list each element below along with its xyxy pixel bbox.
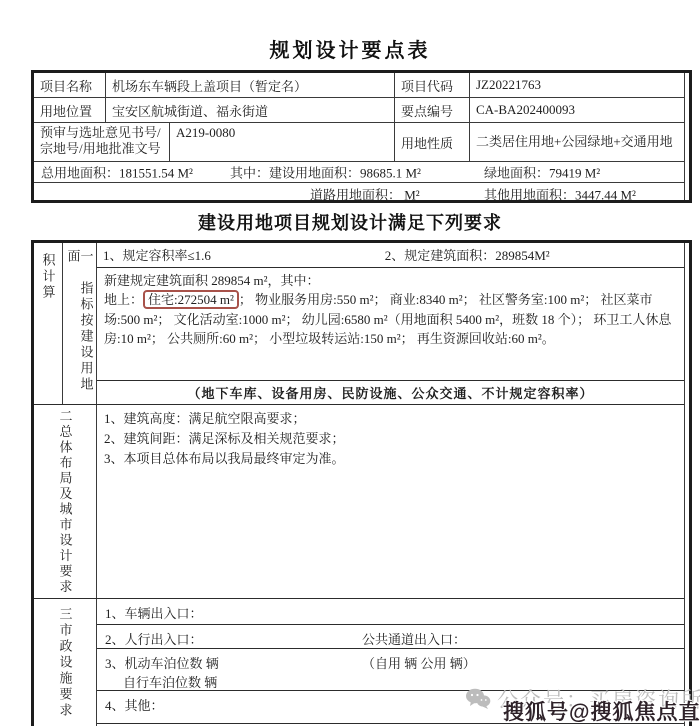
requirements-title: 建设用地项目规划设计满足下列要求 bbox=[0, 209, 700, 235]
total-area: 总用地面积：181551.54 M² bbox=[41, 163, 193, 182]
vehicle-entrance-row: 1、车辆出入口： bbox=[97, 599, 684, 625]
page-title: 规划设计要点表 bbox=[0, 34, 700, 63]
plot-ratio-row: 1、规定容积率≤1.6 2、规定建筑面积：289854M² bbox=[97, 243, 684, 268]
green-area: 绿地面积：79419 M² bbox=[484, 163, 600, 182]
section-layout-label: 二总体布局及城市设计要求 bbox=[34, 405, 97, 598]
project-code-label: 项目代码 bbox=[395, 73, 470, 97]
area-row: 总用地面积：181551.54 M² 其中：建设用地面积：98685.1 M² … bbox=[34, 162, 684, 183]
approval-doc-label: 预审与选址意见书号/宗地号/用地批准文号 bbox=[34, 123, 170, 161]
plot-ratio: 1、规定容积率≤1.6 bbox=[103, 245, 385, 264]
construction-area: 其中：建设用地面积：98685.1 M² bbox=[230, 163, 421, 182]
road-area-row: 道路用地面积： M² 其他用地面积：3447.44 M² bbox=[34, 183, 684, 204]
approval-doc-value: A219-0080 bbox=[170, 123, 395, 161]
land-use-value: 二类居住用地+公园绿地+交通用地 bbox=[470, 123, 684, 161]
project-name-label: 项目名称 bbox=[34, 73, 106, 97]
layout-req-height: 1、建筑高度：满足航空限高要求； bbox=[104, 409, 677, 429]
gross-floor-area: 2、规定建筑面积：289854M² bbox=[385, 245, 678, 264]
wechat-icon bbox=[465, 688, 491, 710]
above-ground-prefix: 地上： bbox=[104, 292, 143, 307]
section-indicators-label: 积计算 一 指标按建设用地面 bbox=[34, 243, 97, 404]
project-code-value: JZ20221763 bbox=[470, 73, 684, 97]
breakdown-intro: 新建规定建筑面积 289854 m²，其中： bbox=[104, 273, 320, 288]
label-main-text: 一 指标按建设用地面 bbox=[67, 249, 93, 404]
keypoint-number-label: 要点编号 bbox=[395, 98, 470, 122]
section-layout: 二总体布局及城市设计要求 1、建筑高度：满足航空限高要求； 2、建筑间距：满足深… bbox=[34, 405, 684, 599]
table-row: 用地位置 宝安区航城街道、福永街道 要点编号 CA-BA202400093 bbox=[34, 98, 684, 123]
section-municipal-label: 三市政设施要求 bbox=[34, 599, 97, 726]
layout-req-final: 3、本项目总体布局以我局最终审定为准。 bbox=[104, 449, 677, 469]
table-row: 预审与选址意见书号/宗地号/用地批准文号 A219-0080 用地性质 二类居住… bbox=[34, 123, 684, 162]
project-name-value: 机场东车辆段上盖项目（暂定名） bbox=[106, 73, 395, 97]
section-indicators: 积计算 一 指标按建设用地面 1、规定容积率≤1.6 2、规定建筑面积：2898… bbox=[34, 243, 684, 405]
table-row: 项目名称 机场东车辆段上盖项目（暂定名） 项目代码 JZ20221763 bbox=[34, 73, 684, 98]
floor-area-breakdown: 新建规定建筑面积 289854 m²，其中： 地上：住宅:272504 m²； … bbox=[97, 268, 684, 381]
road-area: 道路用地面积： M² bbox=[310, 184, 420, 203]
pedestrian-entrance-row: 2、人行出入口： 公共通道出入口： bbox=[97, 625, 684, 649]
keypoint-number-value: CA-BA202400093 bbox=[470, 98, 684, 122]
land-use-label: 用地性质 bbox=[395, 123, 470, 161]
location-label: 用地位置 bbox=[34, 98, 106, 122]
document-page: 规划设计要点表 项目名称 机场东车辆段上盖项目（暂定名） 项目代码 JZ2022… bbox=[0, 0, 700, 726]
exclusion-note: （地下车库、设备用房、民防设施、公众交通、不计规定容积率） bbox=[97, 381, 684, 404]
label-overflow-text: 积计算 bbox=[42, 253, 55, 404]
layout-req-spacing: 2、建筑间距：满足深标及相关规范要求； bbox=[104, 429, 677, 449]
other-area: 其他用地面积：3447.44 M² bbox=[484, 184, 636, 203]
project-info-table: 项目名称 机场东车辆段上盖项目（暂定名） 项目代码 JZ20221763 用地位… bbox=[31, 70, 692, 203]
requirements-table: 积计算 一 指标按建设用地面 1、规定容积率≤1.6 2、规定建筑面积：2898… bbox=[31, 240, 692, 726]
sohu-watermark: 搜狐号@搜狐焦点直播站 bbox=[503, 696, 700, 726]
residential-area-highlight-box: 住宅:272504 m² bbox=[143, 290, 239, 309]
location-value: 宝安区航城街道、福永街道 bbox=[106, 98, 395, 122]
